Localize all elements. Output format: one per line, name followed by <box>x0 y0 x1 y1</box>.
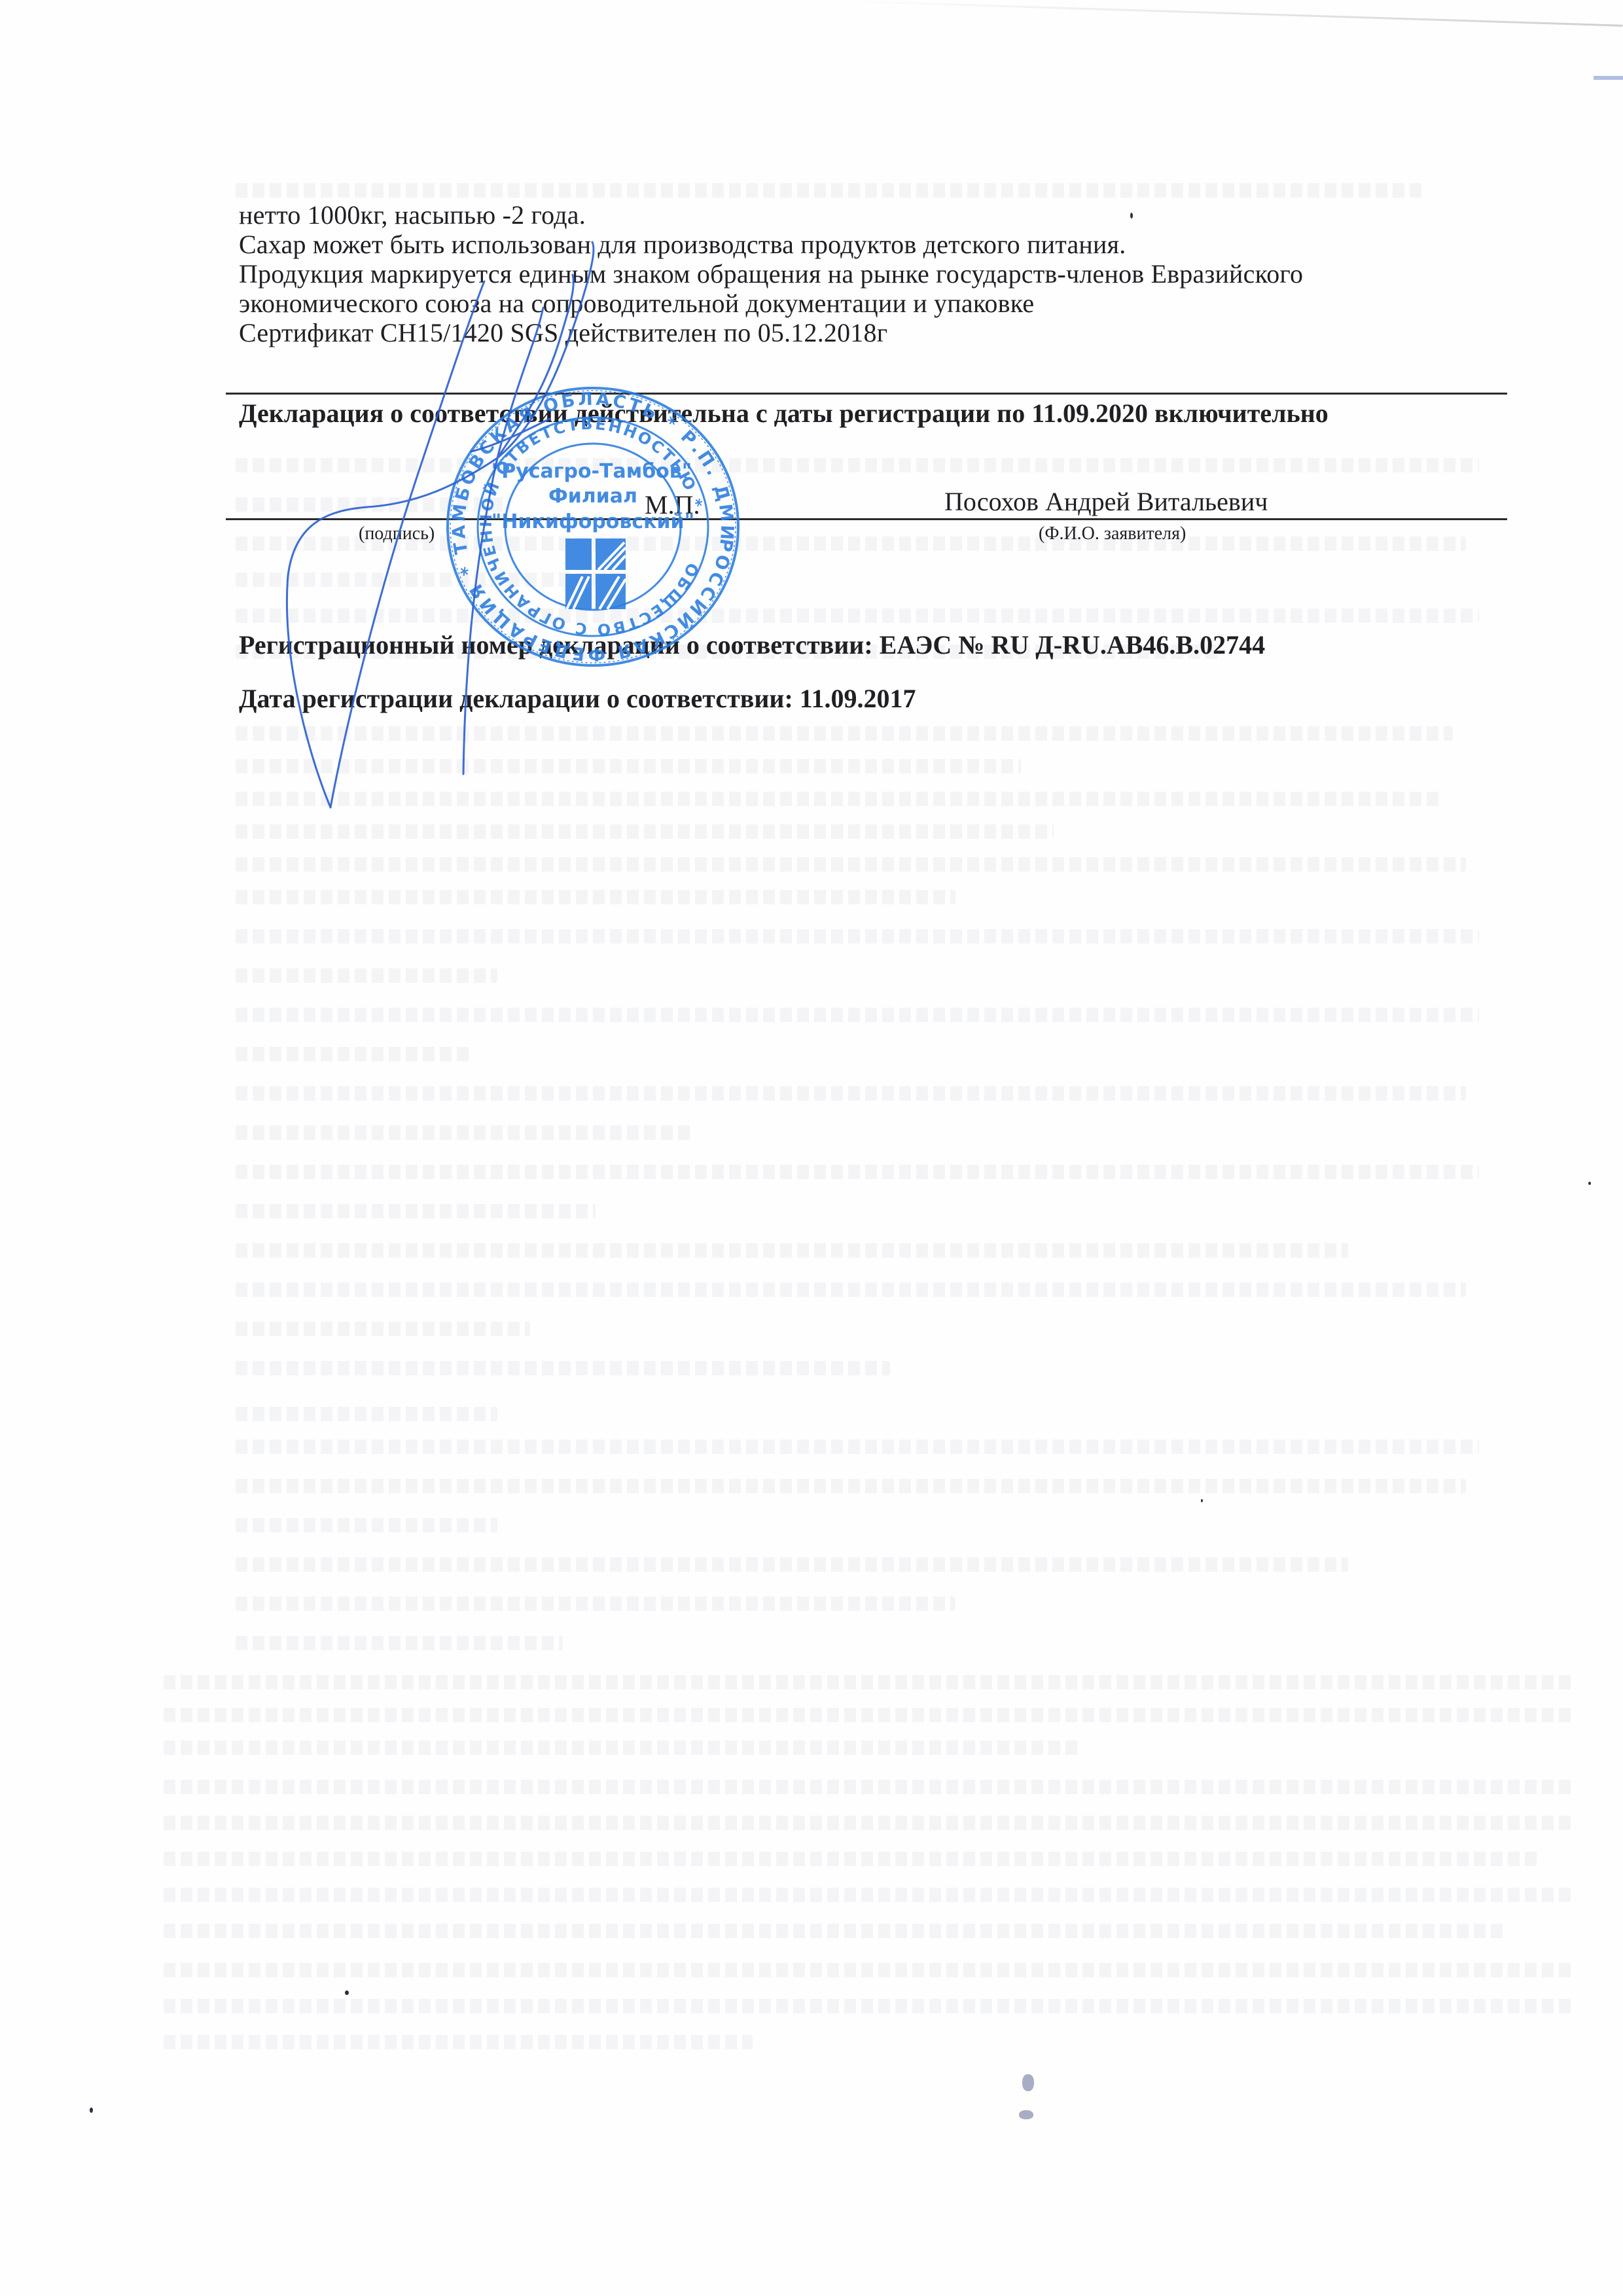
scan-edge-shadow <box>838 0 1623 27</box>
scan-speck <box>1201 1499 1203 1502</box>
applicant-name: Посохов Андрей Витальевич <box>944 487 1268 517</box>
stamp-branch-label: Филиал <box>548 485 637 508</box>
stamp-place-label: М.П. <box>645 491 700 520</box>
applicant-caption: (Ф.И.О. заявителя) <box>1039 523 1186 544</box>
validity-statement: Декларация о соответствии действительна … <box>239 398 1329 429</box>
body-line-certificate: Сертификат CH15/1420 SGS действителен по… <box>239 318 887 347</box>
stamp-logo-icon <box>565 539 626 609</box>
registration-date: Дата регистрации декларации о соответств… <box>239 683 916 715</box>
scan-speck <box>345 1990 349 1995</box>
divider-top <box>226 393 1507 395</box>
ink-smudge <box>1022 2074 1034 2091</box>
stamp-company-name: "Русагро-Тамбов" <box>491 460 692 483</box>
scan-speck <box>1588 1182 1591 1185</box>
signature-line <box>226 518 1507 520</box>
scan-speck <box>90 2108 93 2113</box>
ink-smudge <box>1019 2110 1033 2119</box>
body-line-baby-food: Сахар может быть использован для произво… <box>239 230 1126 259</box>
registration-number: Регистрационный номер декларации о соотв… <box>239 629 1265 661</box>
body-line-net-weight: нетто 1000кг, насыпью -2 года. <box>239 200 586 230</box>
edge-mark <box>1594 76 1623 80</box>
body-line-eaeu-marking-cont: экономического союза на сопроводительной… <box>239 289 1034 318</box>
scanned-page: нетто 1000кг, насыпью -2 года. Сахар мож… <box>0 0 1623 2296</box>
body-line-eaeu-marking: Продукция маркируется единым знаком обра… <box>239 259 1303 289</box>
signature-caption: (подпись) <box>359 523 435 544</box>
scan-speck <box>1130 213 1133 219</box>
